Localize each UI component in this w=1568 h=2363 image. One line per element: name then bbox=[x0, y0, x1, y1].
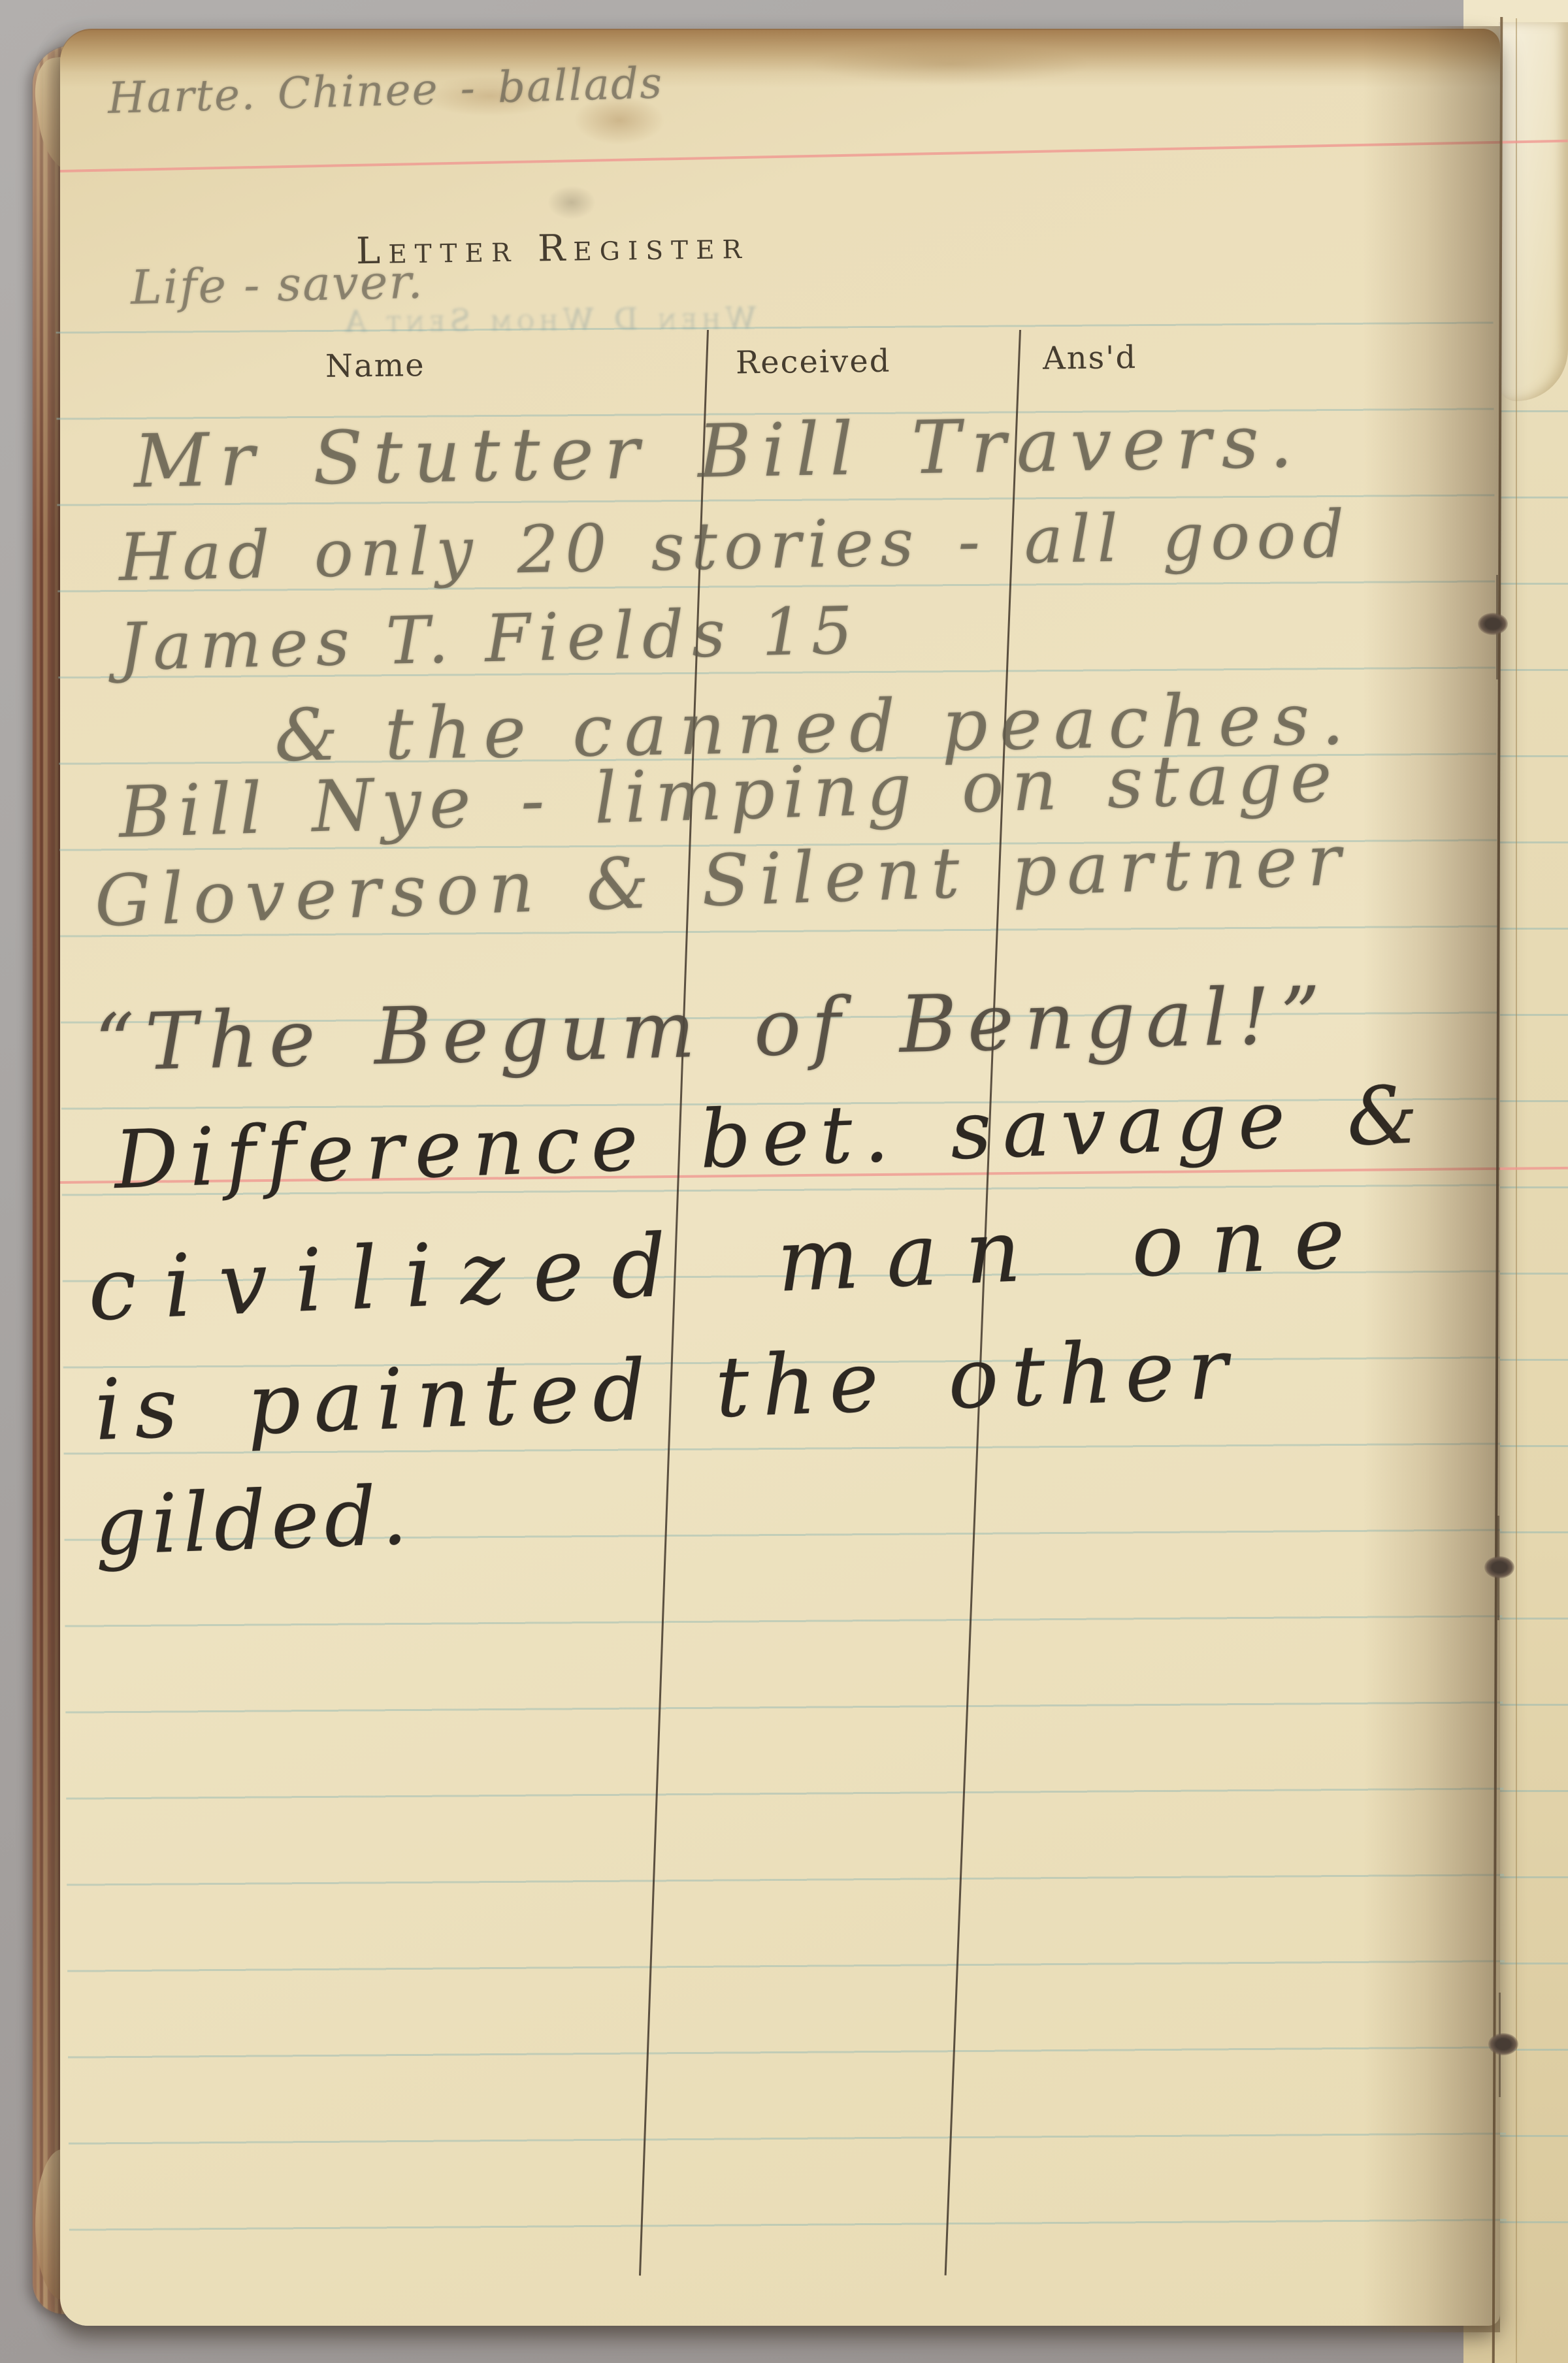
pencil-smudge bbox=[547, 186, 596, 220]
stain bbox=[810, 43, 1091, 85]
gutter-shadow bbox=[1363, 26, 1500, 2332]
column-header-received: Received bbox=[736, 343, 891, 382]
column-header-ansd: Ans'd bbox=[1043, 339, 1137, 377]
facing-page-edge bbox=[1516, 18, 1517, 2363]
binding-stitch bbox=[1478, 613, 1508, 635]
ink-note: gilded. bbox=[93, 1469, 414, 1574]
page-curl bbox=[1499, 22, 1568, 401]
notebook-photo: When D Whom Sent A Letter Register Name … bbox=[0, 0, 1568, 2363]
pencil-note: Life - saver. bbox=[130, 254, 424, 315]
binding-stitch bbox=[1488, 2033, 1518, 2055]
facing-page-ruling bbox=[1500, 324, 1568, 2277]
binding-stitch bbox=[1484, 1556, 1514, 1578]
column-header-name: Name bbox=[325, 347, 425, 385]
